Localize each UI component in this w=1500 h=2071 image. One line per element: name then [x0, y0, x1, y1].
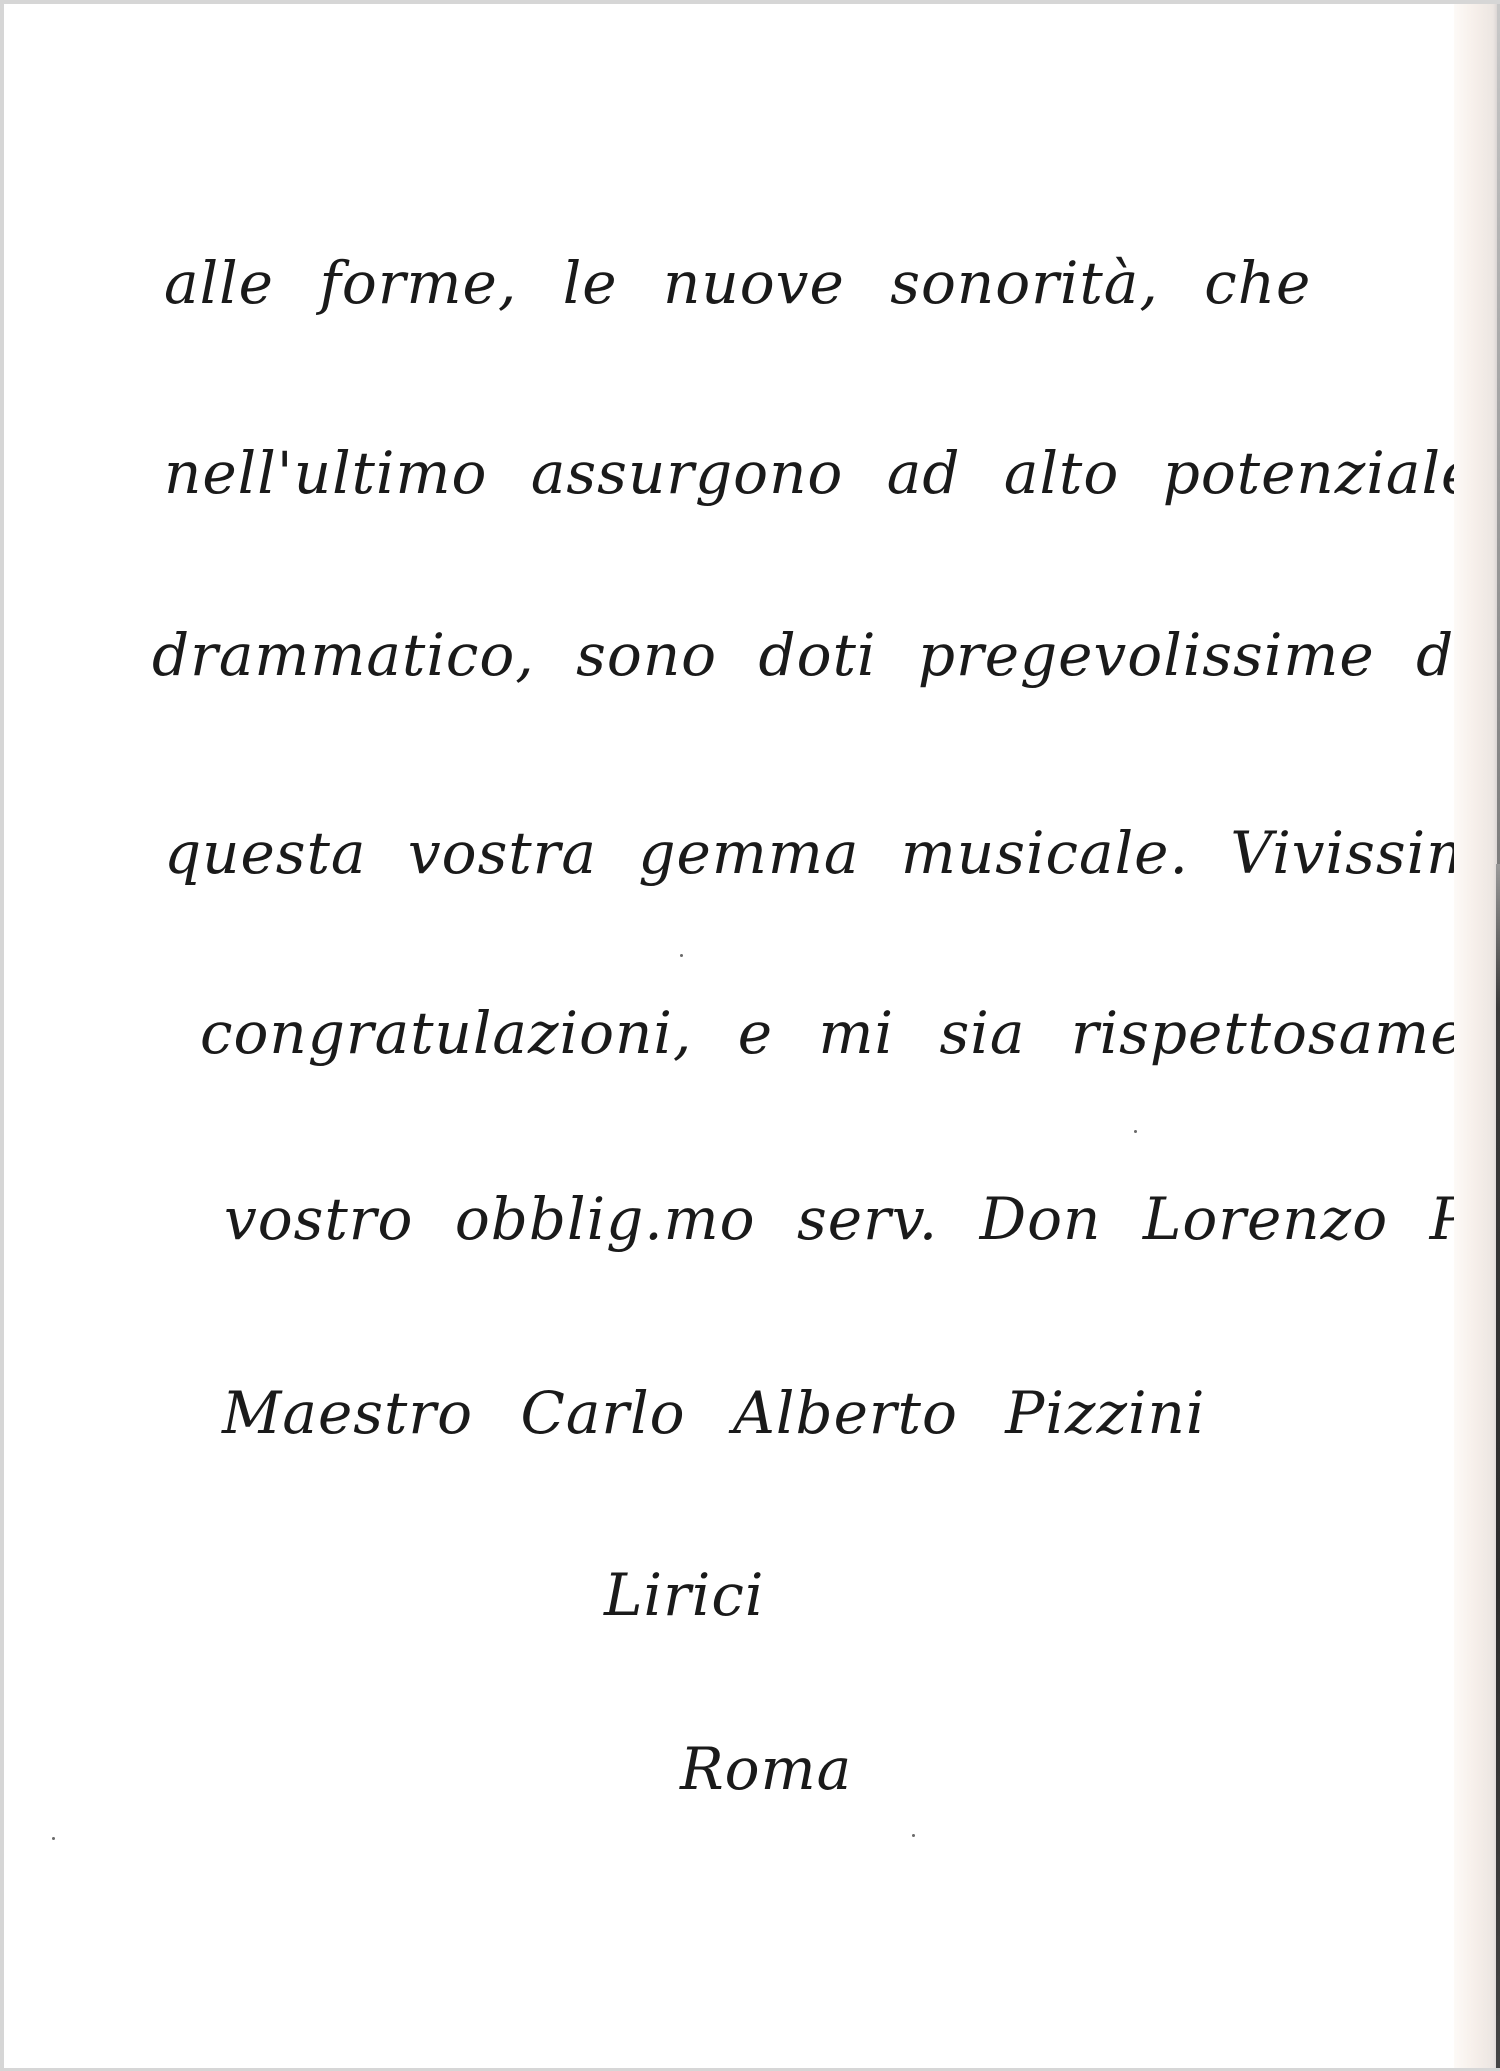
scan-speck	[52, 1837, 55, 1840]
letter-line-2: nell'ultimo assurgono ad alto potenziale	[164, 444, 1476, 502]
letter-line-5: congratulazioni, e mi sia rispettosament…	[200, 1004, 1500, 1062]
letter-page: alle forme, le nuove sonorità, che nell'…	[4, 4, 1500, 2068]
letter-line-1: alle forme, le nuove sonorità, che	[164, 254, 1311, 312]
scan-speck	[912, 1834, 915, 1837]
scan-speck	[1134, 1130, 1137, 1133]
scan-speck	[680, 954, 683, 957]
page-gutter-shadow	[1454, 4, 1500, 2068]
signature-line: vostro obblig.mo serv. Don Lorenzo Peros…	[224, 1190, 1500, 1248]
addressee-street: Lirici	[604, 1566, 764, 1624]
addressee-name: Maestro Carlo Alberto Pizzini	[222, 1384, 1205, 1442]
binding-edge	[1496, 864, 1500, 2068]
letter-line-3: drammatico, sono doti pregevolissime di	[152, 626, 1474, 684]
letter-line-4: questa vostra gemma musicale. Vivissime	[164, 824, 1500, 882]
addressee-city: Roma	[680, 1740, 852, 1798]
